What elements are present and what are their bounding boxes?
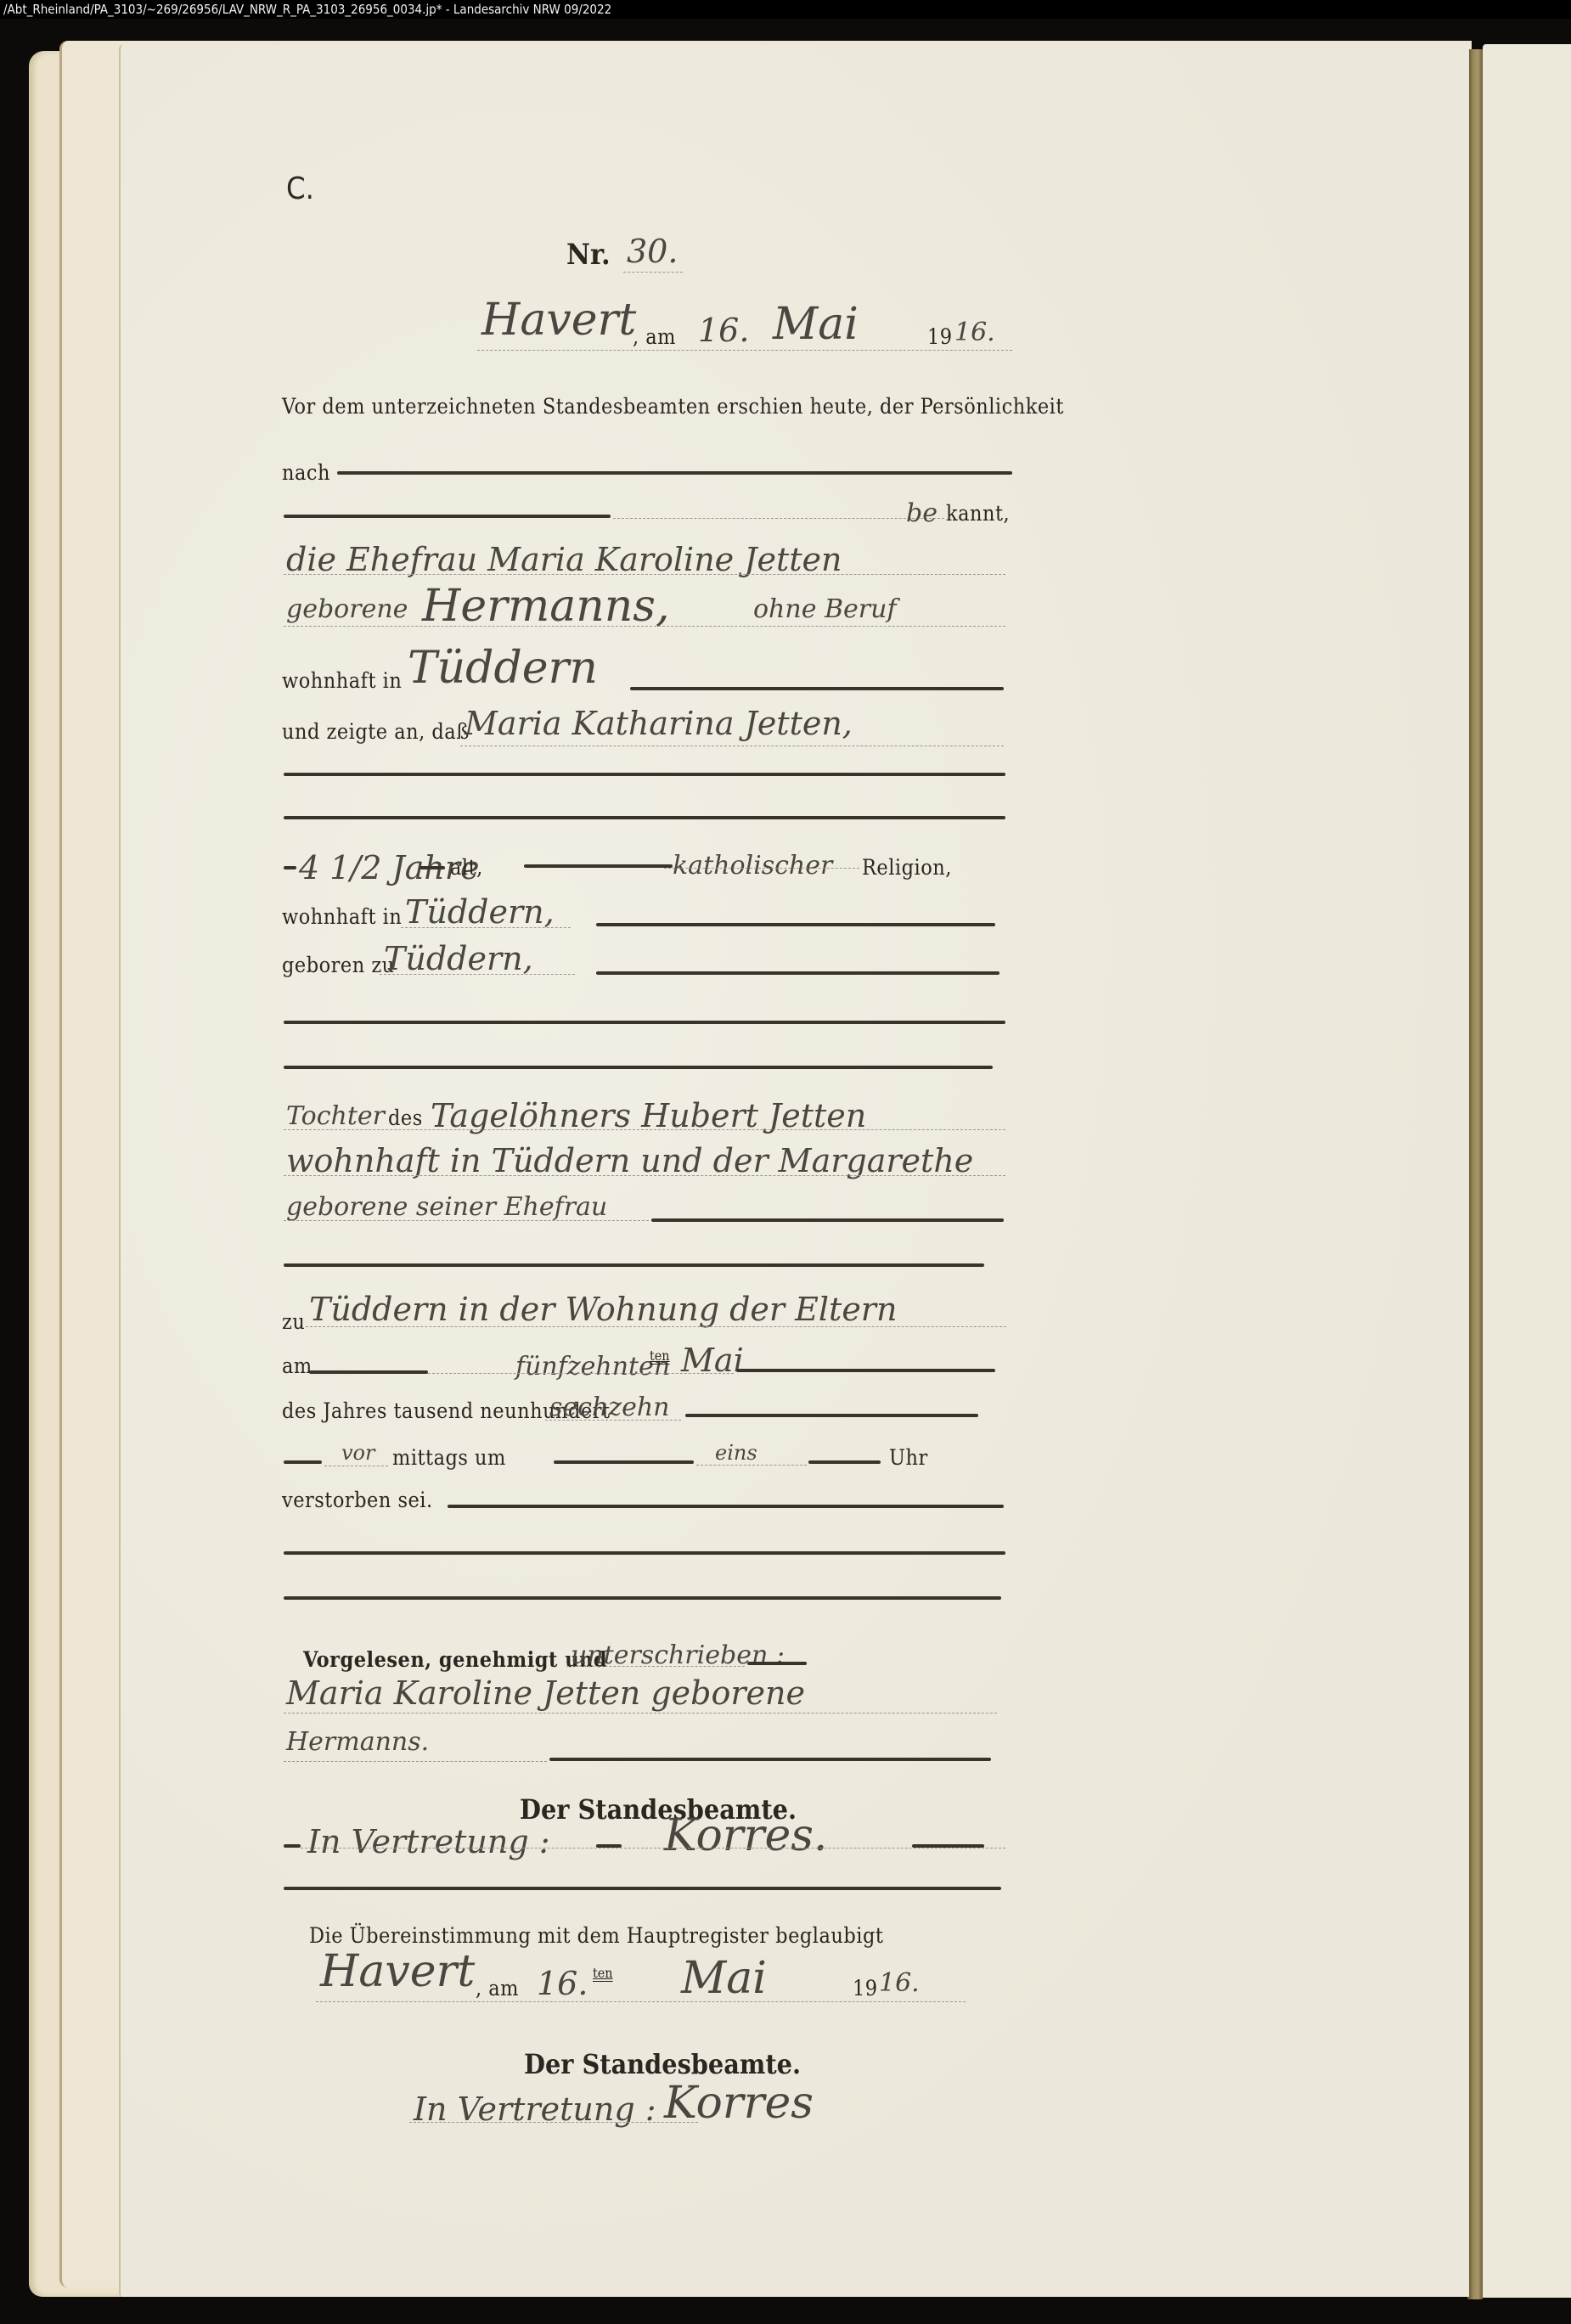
header-year-suffix: 16. <box>954 318 995 347</box>
blank-rule <box>596 923 995 926</box>
number-dotted-line <box>623 272 683 273</box>
window-title-bar: /Abt_Rheinland/PA_3103/~269/26956/LAV_NR… <box>0 0 1571 19</box>
death-day-suffix: ten <box>650 1348 670 1364</box>
mittags-label: mittags um <box>392 1445 506 1470</box>
religion-label: Religion, <box>862 855 952 880</box>
death-place: Tüddern in der Wohnung der Eltern <box>309 1291 897 1328</box>
dotted-line <box>664 868 859 869</box>
header-month: Mai <box>773 299 859 350</box>
parents-des-label: des <box>388 1106 423 1130</box>
informant-maiden-name: Hermanns, <box>422 581 669 632</box>
blank-rule <box>284 1551 1005 1555</box>
dotted-line <box>696 1465 807 1466</box>
dotted-line <box>284 574 1005 575</box>
kannt-prefix-hand: be <box>906 498 938 528</box>
blank-rule <box>419 866 445 869</box>
dotted-line <box>566 1666 745 1667</box>
cert-month: Mai <box>681 1953 767 2004</box>
age-label: alt, <box>450 855 483 880</box>
am-label: am <box>282 1353 313 1378</box>
header-day: 16. <box>698 312 749 349</box>
blank-rule <box>284 1263 984 1267</box>
informant-occupation: ohne Beruf <box>753 594 897 624</box>
time-value: eins <box>715 1441 757 1465</box>
cert-signature-name: Korres <box>664 2078 814 2129</box>
dotted-line <box>380 974 575 975</box>
blank-rule <box>554 1460 694 1464</box>
dotted-line <box>284 1129 1005 1130</box>
blank-rule <box>651 1218 1004 1222</box>
blank-rule <box>284 1596 1001 1600</box>
blank-rule <box>284 1021 1005 1024</box>
certification-text: Die Übereinstimmung mit dem Hauptregiste… <box>309 1923 883 1948</box>
blank-rule <box>284 1460 322 1464</box>
blank-rule <box>309 1370 428 1374</box>
blank-rule <box>284 515 611 518</box>
kannt-label: kannt, <box>946 501 1010 526</box>
cert-am-label: , am <box>476 1976 519 2000</box>
informant-geborene: geborene <box>286 594 408 624</box>
informant-name-line: die Ehefrau Maria Karoline Jetten <box>286 541 842 578</box>
deceased-wohnhaft-label: wohnhaft in <box>282 904 402 929</box>
dotted-line <box>613 518 944 519</box>
blank-rule <box>284 773 1005 776</box>
dotted-line <box>545 1420 681 1421</box>
religion-value: katholischer <box>673 851 832 881</box>
parents-tochter: Tochter <box>286 1101 385 1131</box>
number-label: Nr. <box>566 238 611 272</box>
dotted-line <box>316 2001 966 2002</box>
blank-rule <box>808 1460 881 1464</box>
header-year-prefix: 19 <box>927 324 953 349</box>
facing-page-edge <box>1483 44 1571 2298</box>
blank-rule <box>284 866 296 869</box>
official-signature-prefix: In Vertretung : <box>307 1823 550 1860</box>
blank-rule <box>337 471 1012 475</box>
dotted-line <box>428 1373 734 1374</box>
blank-rule <box>524 864 673 868</box>
header-place: Havert <box>481 295 636 346</box>
certification-official-heading: Der Standesbeamte. <box>524 2048 801 2080</box>
register-page: C. Nr. 30. Havert , am 16. Mai 19 16. Vo… <box>119 44 1469 2297</box>
number-value: 30. <box>627 233 678 270</box>
header-am-label: , am <box>633 324 676 349</box>
uhr-label: Uhr <box>889 1445 928 1470</box>
cert-year-prefix: 19 <box>853 1976 878 2000</box>
window-title: /Abt_Rheinland/PA_3103/~269/26956/LAV_NR… <box>3 2 611 17</box>
vorgelesen-label: Vorgelesen, genehmigt und <box>303 1647 607 1672</box>
blank-rule <box>685 1414 978 1417</box>
dotted-line <box>324 1466 388 1466</box>
zu-label: zu <box>282 1309 305 1334</box>
blank-rule <box>630 687 1004 690</box>
blank-rule <box>448 1505 1004 1508</box>
blank-rule <box>747 1662 807 1665</box>
dotted-line <box>284 1761 547 1762</box>
dotted-line <box>284 626 1005 627</box>
intro-text: Vor dem unterzeichneten Standesbeamten e… <box>282 394 1064 419</box>
deceased-name: Maria Katharina Jetten, <box>465 705 853 742</box>
blank-rule <box>284 1887 1001 1890</box>
dotted-line <box>409 2122 698 2123</box>
mother-line: geborene seiner Ehefrau <box>286 1192 607 1222</box>
official-signature-name: Korres. <box>664 1810 827 1861</box>
cert-day-suffix: ten <box>593 1965 613 1981</box>
blank-rule <box>736 1369 995 1372</box>
signature-informant-line1: Maria Karoline Jetten geborene <box>286 1674 805 1712</box>
section-mark: C. <box>286 172 314 206</box>
deceased-residence: Tüddern, <box>405 893 555 931</box>
death-day: fünfzehnten <box>515 1352 670 1381</box>
geboren-label: geboren zu <box>282 953 395 977</box>
cert-day: 16. <box>537 1965 588 2002</box>
vor-hand: vor <box>341 1441 374 1465</box>
wohnhaft-label: wohnhaft in <box>282 668 402 693</box>
dotted-line <box>460 746 1004 746</box>
blank-rule <box>549 1758 991 1761</box>
parents-residence-mother: wohnhaft in Tüddern und der Margarethe <box>286 1142 973 1179</box>
death-year-words: sechzehn <box>549 1393 669 1422</box>
nach-label: nach <box>282 460 330 485</box>
header-dotted-line <box>477 350 1012 351</box>
blank-rule <box>596 971 999 975</box>
birthplace: Tüddern, <box>384 940 533 977</box>
blank-rule <box>284 1844 301 1848</box>
dotted-line <box>284 1175 1005 1176</box>
verstorben-label: verstorben sei. <box>282 1488 433 1512</box>
dotted-line <box>306 1326 1006 1327</box>
informant-residence: Tüddern <box>408 643 598 694</box>
cert-year-suffix: 16. <box>879 1968 920 1998</box>
dotted-line <box>284 1713 997 1713</box>
signature-informant-line2: Hermanns. <box>286 1727 429 1757</box>
dotted-line <box>401 927 571 928</box>
cert-place: Havert <box>320 1946 475 1997</box>
zeigte-label: und zeigte an, daß <box>282 719 470 744</box>
dotted-line <box>301 1848 1005 1849</box>
dotted-line <box>284 1220 649 1221</box>
blank-rule <box>284 1066 993 1069</box>
blank-rule <box>284 816 1005 819</box>
book-gutter <box>1467 49 1483 2299</box>
